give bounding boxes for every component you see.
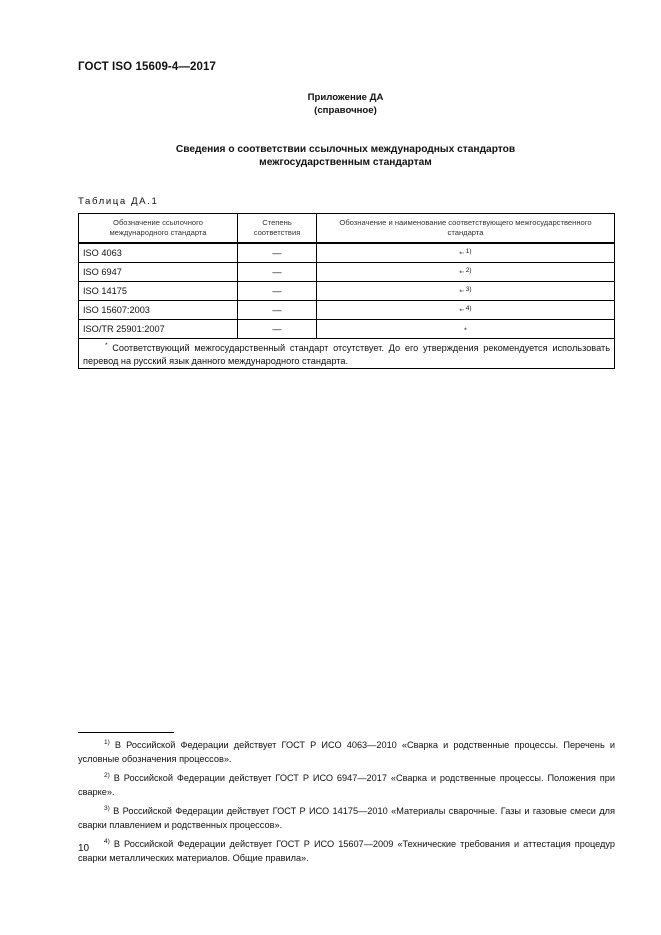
footnote-text: В Российской Федерации действует ГОСТ Р … bbox=[78, 740, 615, 764]
correspondence-degree: — bbox=[238, 320, 317, 339]
annex-heading: Приложение ДА (справочное) bbox=[0, 92, 661, 117]
table-caption: Таблица ДА.1 bbox=[78, 196, 158, 207]
annex-type: (справочное) bbox=[30, 105, 661, 118]
table-row: ISO 4063—*, 1) bbox=[79, 243, 615, 263]
interstate-standard: * bbox=[317, 320, 615, 339]
footnote-text: В Российской Федерации действует ГОСТ Р … bbox=[78, 806, 615, 830]
correspondence-degree: — bbox=[238, 301, 317, 320]
footnote-ref: , 1) bbox=[462, 248, 471, 255]
footnote-text: В Российской Федерации действует ГОСТ Р … bbox=[78, 773, 615, 797]
interstate-standard: *, 2) bbox=[317, 263, 615, 282]
correspondence-degree: — bbox=[238, 243, 317, 263]
footnote: 1) В Российской Федерации действует ГОСТ… bbox=[78, 736, 615, 766]
note-marker: * bbox=[105, 342, 108, 349]
document-id: ГОСТ ISO 15609-4—2017 bbox=[78, 61, 216, 73]
table-row: ISO 15607:2003—*, 4) bbox=[79, 301, 615, 320]
footnote: 4) В Российской Федерации действует ГОСТ… bbox=[78, 835, 615, 865]
absent-marker: * bbox=[464, 327, 467, 334]
footnote-ref: , 3) bbox=[462, 286, 471, 293]
footnote-marker: 3) bbox=[104, 805, 110, 812]
reference-standard: ISO 14175 bbox=[79, 282, 238, 301]
column-header-degree: Степень соответствия bbox=[238, 214, 317, 244]
interstate-standard: *, 4) bbox=[317, 301, 615, 320]
interstate-standard: *, 1) bbox=[317, 243, 615, 263]
section-title-line-1: Сведения о соответствии ссылочных междун… bbox=[30, 143, 661, 156]
footnote-ref: , 4) bbox=[462, 305, 471, 312]
table-note: * Соответствующий межгосударственный ста… bbox=[79, 339, 615, 369]
column-header-reference: Обозначение ссылочного международного ст… bbox=[79, 214, 238, 244]
correspondence-degree: — bbox=[238, 263, 317, 282]
reference-standard: ISO/TR 25901:2007 bbox=[79, 320, 238, 339]
footnote-separator bbox=[78, 732, 174, 733]
footnote-marker: 1) bbox=[104, 739, 110, 746]
annex-title: Приложение ДА bbox=[30, 92, 661, 105]
reference-standard: ISO 4063 bbox=[79, 243, 238, 263]
table-row: ISO 14175—*, 3) bbox=[79, 282, 615, 301]
footnote-marker: 2) bbox=[104, 772, 110, 779]
column-header-interstate-standard: Обозначение и наименование соответствующ… bbox=[317, 214, 615, 244]
note-text: Соответствующий межгосударственный станд… bbox=[83, 343, 610, 366]
correspondence-degree: — bbox=[238, 282, 317, 301]
footnote-text: В Российской Федерации действует ГОСТ Р … bbox=[78, 839, 615, 863]
table-header-row: Обозначение ссылочного международного ст… bbox=[79, 214, 615, 244]
reference-standard: ISO 6947 bbox=[79, 263, 238, 282]
table-row: ISO 6947—*, 2) bbox=[79, 263, 615, 282]
footnote: 3) В Российской Федерации действует ГОСТ… bbox=[78, 802, 615, 832]
table-row: ISO/TR 25901:2007—* bbox=[79, 320, 615, 339]
footnote: 2) В Российской Федерации действует ГОСТ… bbox=[78, 769, 615, 799]
footnote-ref: , 2) bbox=[462, 267, 471, 274]
interstate-standard: *, 3) bbox=[317, 282, 615, 301]
standards-correspondence-table: Обозначение ссылочного международного ст… bbox=[78, 213, 615, 369]
section-title-line-2: межгосударственным стандартам bbox=[30, 156, 661, 169]
page-number: 10 bbox=[78, 843, 89, 854]
footnotes: 1) В Российской Федерации действует ГОСТ… bbox=[78, 736, 615, 868]
table-note-row: * Соответствующий межгосударственный ста… bbox=[79, 339, 615, 369]
section-title: Сведения о соответствии ссылочных междун… bbox=[0, 143, 661, 169]
reference-standard: ISO 15607:2003 bbox=[79, 301, 238, 320]
footnote-marker: 4) bbox=[104, 838, 110, 845]
